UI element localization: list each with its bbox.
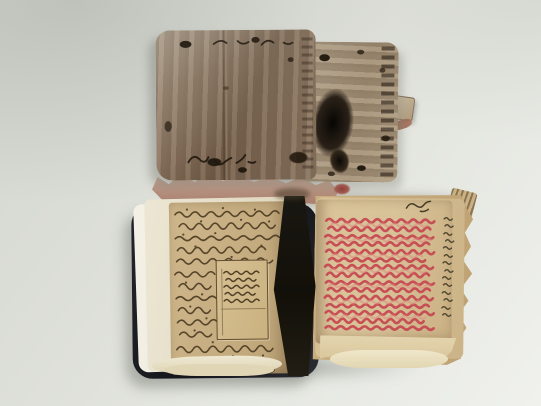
cover-front-panel [155, 29, 316, 180]
cover-top-ink-marks [210, 34, 302, 53]
cover-bottom-ink-marks [184, 146, 258, 171]
right-page [315, 200, 452, 345]
left-page [169, 201, 289, 375]
right-page-tattered-edge-light [330, 350, 448, 368]
right-page-red-script [323, 216, 442, 333]
right-margin-black-script [440, 214, 457, 318]
inset-panel-script [217, 260, 270, 341]
left-page-tattered-edge-dark [164, 364, 274, 376]
ink-stain-small [327, 146, 352, 175]
left-page-inset-panel [216, 259, 269, 340]
right-page-header-mark [404, 198, 432, 214]
closed-manuscript [150, 26, 418, 204]
photograph-of-manuscripts [0, 0, 541, 406]
open-manuscript [118, 188, 474, 388]
spine-top-smudge [274, 188, 310, 200]
